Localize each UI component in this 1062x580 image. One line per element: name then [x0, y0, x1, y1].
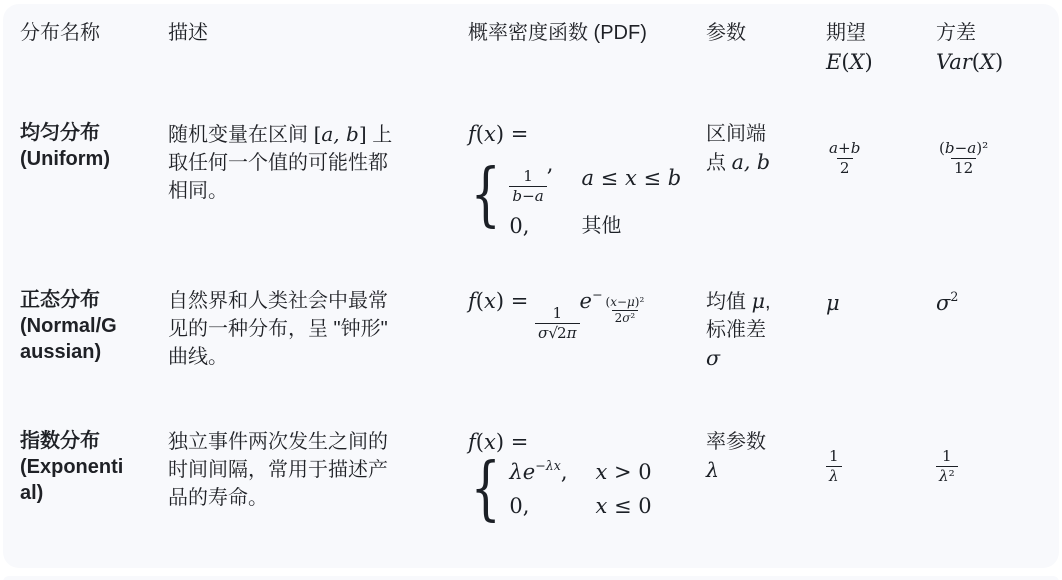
row-normal-expectation: μ	[826, 287, 936, 428]
col-header-expectation: 期望 E(X)	[826, 20, 936, 120]
row-exponential-expectation: 1λ	[826, 428, 936, 520]
row-normal-name: 正态分布(Normal/Gaussian)	[20, 287, 168, 428]
col-header-expectation-label: 期望	[826, 20, 936, 46]
expectation-symbol: E(X)	[826, 49, 936, 75]
next-card-top-edge	[3, 576, 1059, 580]
distribution-table-card: 分布名称 描述 概率密度函数 (PDF) 参数 期望 E(X) 方差 Var(X…	[3, 4, 1059, 568]
row-exponential-variance: 1λ²	[936, 428, 1036, 520]
distribution-table: 分布名称 描述 概率密度函数 (PDF) 参数 期望 E(X) 方差 Var(X…	[20, 20, 1059, 520]
col-header-variance-label: 方差	[936, 20, 1036, 46]
col-header-params: 参数	[706, 20, 826, 120]
row-uniform-pdf-formula: f(x) ={1b−a,a ≤ x ≤ b0,其他	[468, 120, 706, 287]
row-normal-params: 均值 μ,标准差σ	[706, 287, 826, 428]
row-normal-pdf-formula: f(x) = 1σ√2πe−(x−μ)²2σ²	[468, 287, 706, 428]
row-uniform-expectation: a+b2	[826, 120, 936, 287]
col-header-name: 分布名称	[20, 20, 168, 120]
row-exponential-name: 指数分布(Exponential)	[20, 428, 168, 520]
col-header-description: 描述	[168, 20, 468, 120]
row-uniform-name: 均匀分布(Uniform)	[20, 120, 168, 287]
col-header-pdf: 概率密度函数 (PDF)	[468, 20, 706, 120]
row-normal-description: 自然界和人类社会中最常见的一种分布，呈 "钟形" 曲线。	[168, 287, 403, 428]
row-exponential-description: 独立事件两次发生之间的时间间隔，常用于描述产品的寿命。	[168, 428, 403, 520]
variance-symbol: Var(X)	[936, 49, 1036, 75]
row-uniform-description: 随机变量在区间 [a, b] 上取任何一个值的可能性都相同。	[168, 120, 403, 287]
row-normal-variance: σ2	[936, 287, 1036, 428]
row-exponential-params: 率参数λ	[706, 428, 826, 520]
row-exponential-pdf-formula: f(x) ={λe−λx,x > 00,x ≤ 0	[468, 428, 706, 520]
col-header-variance: 方差 Var(X)	[936, 20, 1036, 120]
row-uniform-variance: (b−a)²12	[936, 120, 1036, 287]
row-uniform-params: 区间端点 a, b	[706, 120, 826, 287]
